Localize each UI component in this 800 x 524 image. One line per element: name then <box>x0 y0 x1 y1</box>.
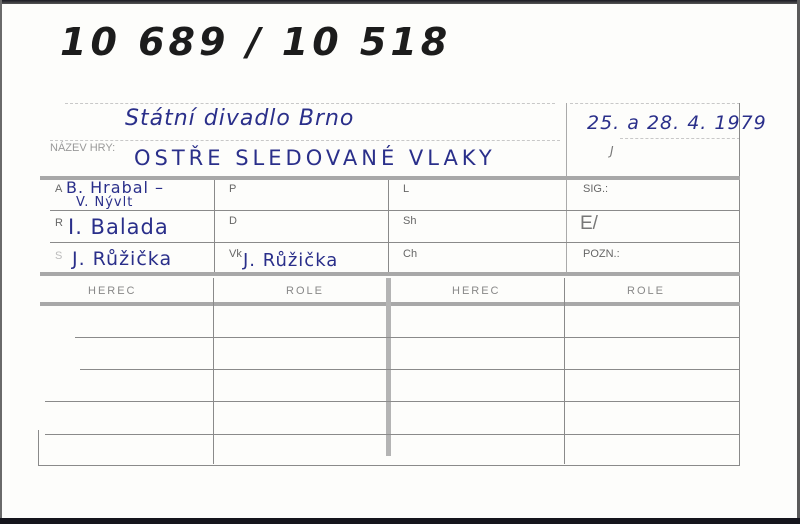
credit-label-p: P <box>229 183 236 195</box>
theatre-underline <box>50 140 560 141</box>
credit-label-sh: Sh <box>403 215 416 227</box>
top-border-line <box>65 103 555 104</box>
top-border-line-right <box>570 103 740 104</box>
credit-author-2: V. Nývlt <box>76 195 133 210</box>
right-box-edge <box>739 103 740 465</box>
cast-header-actor-1: HEREC <box>88 285 137 297</box>
credits-col-2 <box>388 180 389 275</box>
cast-header-role-1: ROLE <box>286 285 324 297</box>
e-label: E/ <box>580 213 598 235</box>
credit-label-ch: Ch <box>403 248 417 260</box>
cast-row-line-3 <box>45 401 740 402</box>
credit-director: I. Balada <box>68 215 169 239</box>
credit-label-director: R <box>55 217 63 229</box>
cast-col-center <box>386 278 391 456</box>
date-underline <box>620 138 740 139</box>
note-label: POZN.: <box>583 248 620 260</box>
theatre-name: Státní divadlo Brno <box>125 106 354 131</box>
signature-label: SIG.: <box>583 183 608 195</box>
credit-label-scene: S <box>55 250 62 262</box>
cast-header-role-2: ROLE <box>627 285 665 297</box>
credits-row-line-2 <box>50 242 740 243</box>
credit-label-vk: Vk <box>229 248 242 260</box>
credits-row-line-1 <box>50 210 740 211</box>
mark-letter: J <box>610 144 615 158</box>
scan-edge-bottom <box>0 518 800 524</box>
credit-label-d: D <box>229 215 237 227</box>
credit-scene: J. Růžička <box>72 248 172 270</box>
cast-col-3 <box>564 278 565 464</box>
credit-vk: J. Růžička <box>243 250 338 271</box>
title-label: NÁZEV HRY: <box>50 142 115 154</box>
cast-col-1 <box>213 278 214 464</box>
cast-row-line-4 <box>45 434 740 435</box>
credit-label-author: A <box>55 183 62 195</box>
cast-row-line-1 <box>75 337 740 338</box>
catalog-number: 10 689 / 10 518 <box>60 20 451 64</box>
right-box-divider <box>566 103 567 273</box>
cast-bottom-line <box>38 465 740 466</box>
cast-header-top-band <box>40 272 740 276</box>
scan-edge-left <box>0 0 2 524</box>
scan-edge-top <box>0 0 800 4</box>
credit-label-l: L <box>403 183 409 195</box>
cast-left-edge <box>38 430 39 465</box>
cast-row-line-2 <box>80 369 740 370</box>
credits-col-1 <box>214 180 215 275</box>
play-title: OSTŘE SLEDOVANÉ VLAKY <box>134 146 496 170</box>
cast-header-actor-2: HEREC <box>452 285 501 297</box>
